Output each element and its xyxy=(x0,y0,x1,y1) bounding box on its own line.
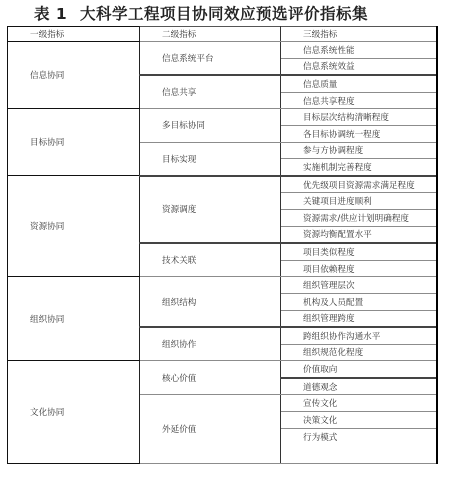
level3-cell: 信息共享程度 xyxy=(281,92,438,109)
level1-cell: 组织协同 xyxy=(8,277,140,361)
level2-cell: 资源调度 xyxy=(140,176,281,243)
table-title: 大科学工程项目协同效应预选评价指标集 xyxy=(80,2,368,24)
level2-cell: 核心价值 xyxy=(140,361,281,395)
level3-cell: 决策文化 xyxy=(281,412,438,429)
level3-cell: 信息质量 xyxy=(281,75,438,92)
level3-cell: 各目标协调统一程度 xyxy=(281,125,438,142)
level3-cell: 资源需求/供应计划明确程度 xyxy=(281,209,438,226)
level2-cell: 组织协作 xyxy=(140,327,281,361)
level3-cell: 项目依赖程度 xyxy=(281,260,438,277)
level2-cell: 信息系统平台 xyxy=(140,42,281,76)
level3-cell: 信息系统效益 xyxy=(281,58,438,75)
level3-cell: 行为模式 xyxy=(281,428,438,463)
level3-cell: 实施机制完善程度 xyxy=(281,159,438,176)
level3-cell: 机构及人员配置 xyxy=(281,293,438,310)
level3-cell: 组织规范化程度 xyxy=(281,344,438,361)
level3-cell: 目标层次结构清晰程度 xyxy=(281,109,438,126)
level3-cell: 宣传文化 xyxy=(281,395,438,412)
header-level2: 二级指标 xyxy=(140,27,281,42)
level2-cell: 目标实现 xyxy=(140,142,281,176)
level3-cell: 资源均衡配置水平 xyxy=(281,226,438,243)
level3-cell: 参与方协调程度 xyxy=(281,142,438,159)
level3-cell: 优先级项目资源需求满足程度 xyxy=(281,176,438,193)
level1-cell: 信息协同 xyxy=(8,42,140,109)
table-row: 文化协同 核心价值 价值取向 xyxy=(8,361,438,378)
level3-cell: 跨组织协作沟通水平 xyxy=(281,327,438,344)
header-level1: 一级指标 xyxy=(8,27,140,42)
level3-cell: 项目类似程度 xyxy=(281,243,438,260)
table-row: 组织协同 组织结构 组织管理层次 xyxy=(8,277,438,294)
indicator-table: 一级指标 二级指标 三级指标 信息协同 信息系统平台 信息系统性能 信息系统效益… xyxy=(7,26,438,464)
level2-cell: 多目标协同 xyxy=(140,109,281,142)
table-number: 表 1 xyxy=(34,2,67,24)
level2-cell: 技术关联 xyxy=(140,243,281,277)
level1-cell: 目标协同 xyxy=(8,109,140,176)
level2-cell: 信息共享 xyxy=(140,75,281,109)
table-caption: 表 1 大科学工程项目协同效应预选评价指标集 xyxy=(0,2,451,24)
level2-cell: 外延价值 xyxy=(140,395,281,463)
table-row: 目标协同 多目标协同 目标层次结构清晰程度 xyxy=(8,109,438,126)
level3-cell: 信息系统性能 xyxy=(281,42,438,59)
header-level3: 三级指标 xyxy=(281,27,438,42)
table-header-row: 一级指标 二级指标 三级指标 xyxy=(8,27,438,42)
table-row: 资源协同 资源调度 优先级项目资源需求满足程度 xyxy=(8,176,438,193)
table-row: 信息协同 信息系统平台 信息系统性能 xyxy=(8,42,438,59)
level3-cell: 组织管理跨度 xyxy=(281,310,438,327)
level3-cell: 关键项目进度顺利 xyxy=(281,193,438,210)
level3-cell: 组织管理层次 xyxy=(281,277,438,294)
level2-cell: 组织结构 xyxy=(140,277,281,327)
level1-cell: 文化协同 xyxy=(8,361,140,463)
level3-cell: 道德观念 xyxy=(281,378,438,395)
level1-cell: 资源协同 xyxy=(8,176,140,277)
level3-cell: 价值取向 xyxy=(281,361,438,378)
